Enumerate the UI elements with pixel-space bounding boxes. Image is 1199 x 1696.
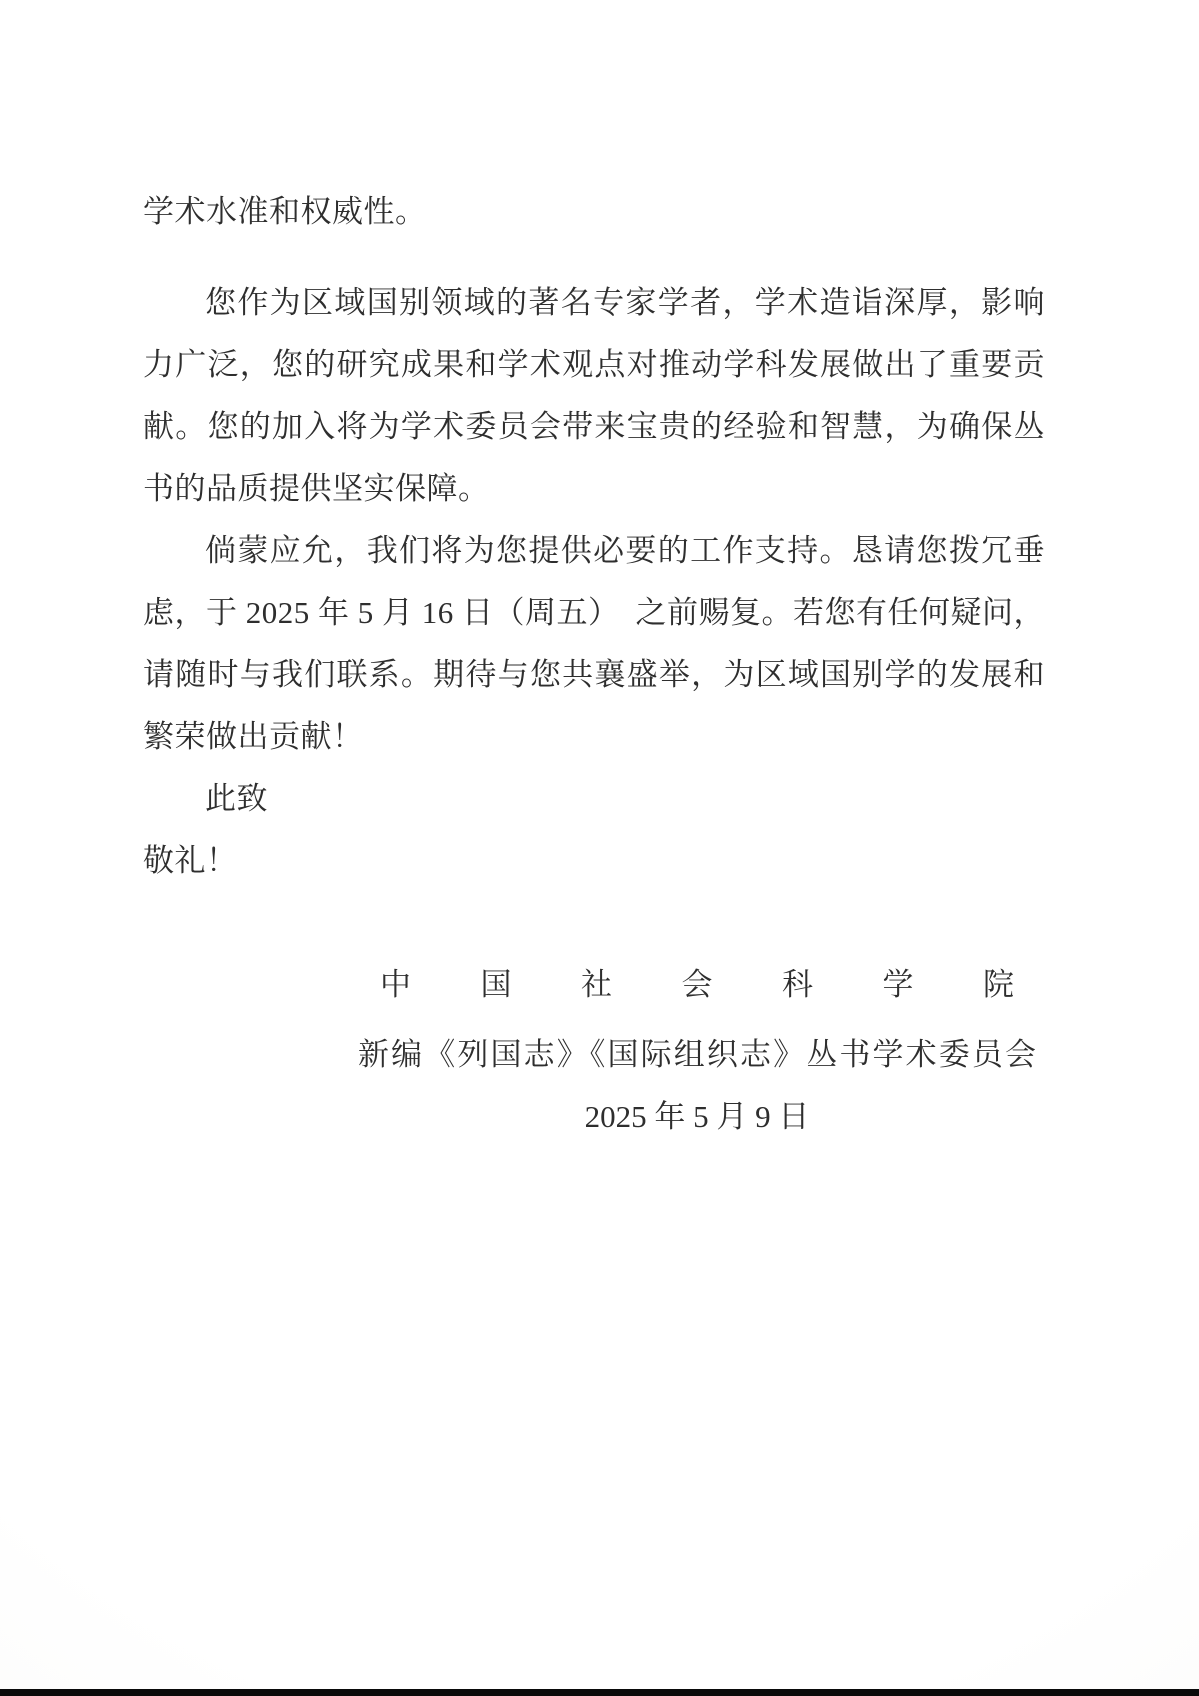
document-page: 学术水准和权威性。 您作为区域国别领域的著名专家学者，学术造诣深厚，影响 力广泛… [0,0,1199,1696]
org-char: 科 [782,954,813,1016]
photo-bottom-edge [0,1689,1199,1696]
letter-line: 请随时与我们联系。期待与您共襄盛举，为区域国别学的发展和 [143,644,1045,706]
letter-line: 学术水准和权威性。 [143,181,1045,243]
org-char: 社 [581,954,612,1016]
letter-body: 学术水准和权威性。 您作为区域国别领域的著名专家学者，学术造诣深厚，影响 力广泛… [143,181,1045,892]
org-char: 中 [380,954,411,1016]
letter-line: 献。您的加入将为学术委员会带来宝贵的经验和智慧，为确保丛 [143,396,1045,458]
org-char: 国 [481,954,512,1016]
signature-committee: 新编《列国志》《国际组织志》丛书学术委员会 [358,1024,1036,1086]
letter-line: 书的品质提供坚实保障。 [143,458,1045,520]
letter-line: 虑，于 2025 年 5 月 16 日（周五） 之前赐复。若您有任何疑问， [143,582,1045,644]
closing-cizhi: 此致 [143,768,1045,830]
signature-date: 2025 年 5 月 9 日 [358,1086,1036,1148]
letter-line: 繁荣做出贡献！ [143,706,1045,768]
org-char: 院 [983,954,1014,1016]
org-char: 会 [682,954,713,1016]
org-char: 学 [883,954,914,1016]
signature-organization: 中 国 社 会 科 学 院 [358,954,1036,1016]
closing-jingli: 敬礼！ [143,830,1045,892]
letter-line: 倘蒙应允，我们将为您提供必要的工作支持。恳请您拨冗垂 [143,520,1045,582]
signature-block: 中 国 社 会 科 学 院 新编《列国志》《国际组织志》丛书学术委员会 2025… [358,954,1036,1148]
letter-line: 您作为区域国别领域的著名专家学者，学术造诣深厚，影响 [143,272,1045,334]
letter-line: 力广泛，您的研究成果和学术观点对推动学科发展做出了重要贡 [143,334,1045,396]
